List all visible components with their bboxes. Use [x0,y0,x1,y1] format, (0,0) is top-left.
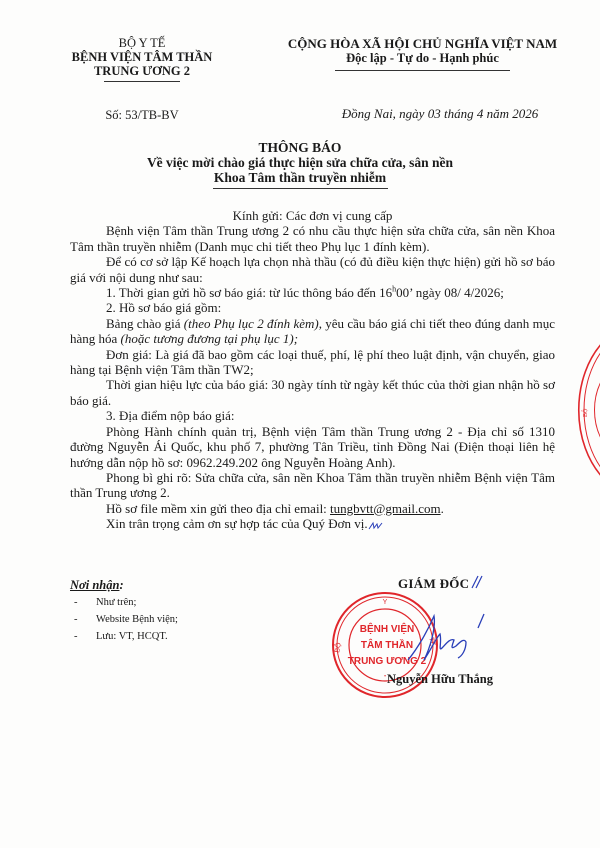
recipient-text: Lưu: VT, HCQT. [96,631,168,642]
seal-top-text: Y [383,599,388,606]
title-subtitle-1: Về việc mời chào giá thực hiện sửa chữa … [60,155,540,170]
closing-text: Xin trân trọng cảm ơn sự hợp tác của Quý… [106,516,368,531]
initial-mark-icon [469,575,483,589]
signer-name: Nguyễn Hữu Thắng [370,672,510,687]
recipients-heading-colon: : [119,578,123,592]
item-email: Hồ sơ file mềm xin gửi theo địa chỉ emai… [70,501,555,516]
recipient-item: -Website Bệnh viện; [70,611,290,628]
org-name-line2: TRUNG ƯƠNG 2 [62,64,222,78]
recipient-item: -Như trên; [70,594,290,611]
place-date: Đồng Nai, ngày 03 tháng 4 năm 2026 [300,106,580,122]
document-title: THÔNG BÁO Về việc mời chào giá thực hiện… [60,140,540,189]
item-deadline: 1. Thời gian gửi hồ sơ báo giá: từ lúc t… [70,285,555,300]
email-link[interactable]: tungbvtt@gmail.com [330,501,441,516]
item-validity: Thời gian hiệu lực của báo giá: 30 ngày … [70,377,555,408]
item-unit-price: Đơn giá: Là giá đã bao gồm các loại thuế… [70,347,555,378]
item-address: Phòng Hành chính quản trị, Bệnh viện Tâm… [70,424,555,470]
document-page: BỘ Y TẾ BỆNH VIỆN TÂM THẦN TRUNG ƯƠNG 2 … [0,0,600,848]
national-motto: Độc lập - Tự do - Hạnh phúc [255,51,590,66]
deadline-suffix: 00’ ngày 08/ 4/2026; [396,285,504,300]
signature-icon [400,608,510,668]
recipient-text: Website Bệnh viện; [96,614,178,625]
quote-italic-1: (theo Phụ lục 2 đính kèm) [184,316,319,331]
title-divider [213,188,388,189]
edge-seal-text: BỘ [581,408,589,417]
recipients-heading-text: Nơi nhận [70,578,119,592]
title-subtitle-2: Khoa Tâm thần truyền nhiễm [60,170,540,185]
salutation: Kính gửi: Các đơn vị cung cấp [70,208,555,223]
item-envelope: Phong bì ghi rõ: Sửa chữa cửa, sân nền K… [70,470,555,501]
deadline-prefix: 1. Thời gian gửi hồ sơ báo giá: từ lúc t… [106,285,392,300]
header-divider [104,81,180,82]
ministry-name: BỘ Y TẾ [62,36,222,50]
signer-title-text: GIÁM ĐỐC [398,576,469,591]
quote-text-1: Bảng chào giá [106,316,184,331]
title-heading: THÔNG BÁO [60,140,540,155]
edge-seal-icon: BỘ [565,335,600,485]
issuer-header: BỘ Y TẾ BỆNH VIỆN TÂM THẦN TRUNG ƯƠNG 2 [62,36,222,82]
item-documents: 2. Hồ sơ báo giá gồm: [70,300,555,315]
paragraph-purpose: Để có cơ sở lập Kế hoạch lựa chọn nhà th… [70,254,555,285]
document-body: Kính gửi: Các đơn vị cung cấp Bệnh viện … [70,208,555,532]
motto-divider [335,70,510,71]
national-header: CỘNG HÒA XÃ HỘI CHỦ NGHĨA VIỆT NAM Độc l… [255,36,590,71]
paragraph-intro: Bệnh viện Tâm thần Trung ương 2 có nhu c… [70,223,555,254]
email-prefix: Hồ sơ file mềm xin gửi theo địa chỉ emai… [106,501,330,516]
recipient-text: Như trên; [96,597,136,608]
document-number: Số: 53/TB-BV [62,108,222,123]
recipients-heading: Nơi nhận: [70,577,290,594]
initial-mark-icon [368,521,384,531]
recipient-item: -Lưu: VT, HCQT. [70,628,290,645]
country-name: CỘNG HÒA XÃ HỘI CHỦ NGHĨA VIỆT NAM [255,36,590,51]
email-suffix: . [441,501,444,516]
org-name-line1: BỆNH VIỆN TÂM THẦN [62,50,222,64]
recipients-block: Nơi nhận: -Như trên; -Website Bệnh viện;… [70,577,290,645]
quote-italic-2: (hoặc tương đương tại phụ lục 1); [121,331,299,346]
item-quote-table: Bảng chào giá (theo Phụ lục 2 đính kèm),… [70,316,555,347]
item-location: 3. Địa điểm nộp báo giá: [70,408,555,423]
closing-line: Xin trân trọng cảm ơn sự hợp tác của Quý… [70,516,555,531]
